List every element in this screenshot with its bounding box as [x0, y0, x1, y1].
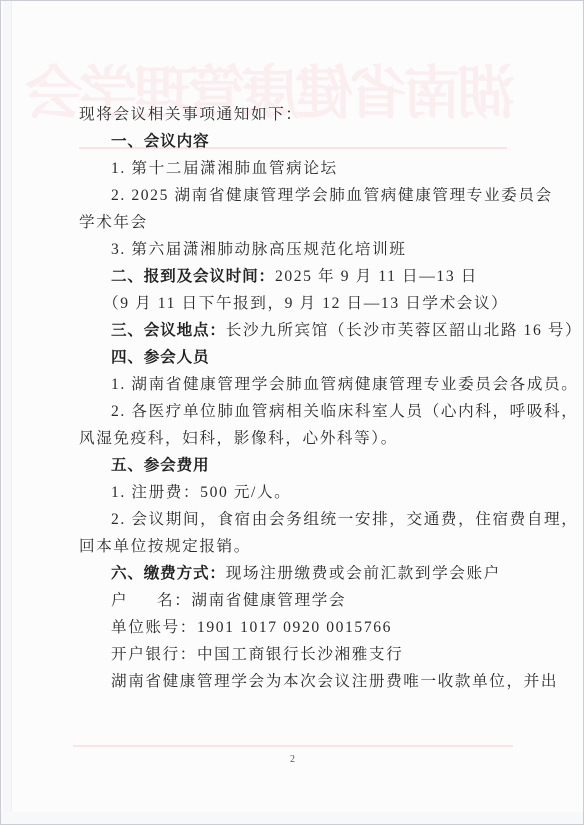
section-5-item-2: 2. 会议期间，食宿由会务组统一安排，交通费，住宿费自理，: [79, 506, 511, 533]
section-2-value: 2025 年 9 月 11 日—13 日: [275, 268, 478, 285]
scanned-page: 湖南省健康管理学会 现将会议相关事项通知如下： 一、会议内容 1. 第十二届潇湘…: [0, 0, 584, 825]
section-1-item-2-cont: 学术年会: [79, 209, 511, 236]
section-4-item-2: 2. 各医疗单位肺血管病相关临床科室人员（心内科，呼吸科，: [79, 398, 511, 425]
section-1-item-3: 3. 第六届潇湘肺动脉高压规范化培训班: [79, 236, 511, 263]
section-5-item-2-cont: 回本单位按规定报销。: [79, 533, 511, 560]
bank-label: 开户银行：: [111, 646, 197, 663]
bank-line: 开户银行：中国工商银行长沙湘雅支行: [79, 641, 511, 668]
payment-note-line: 湖南省健康管理学会为本次会议注册费唯一收款单位，并出: [79, 668, 511, 695]
section-3-line: 三、会议地点：长沙九所宾馆（长沙市芙蓉区韶山北路 16 号）: [79, 317, 511, 344]
section-2-line: 二、报到及会议时间：2025 年 9 月 11 日—13 日: [79, 263, 511, 290]
section-6-line: 六、缴费方式：现场注册缴费或会前汇款到学会账户: [79, 560, 511, 587]
account-number-line: 单位账号：1901 1017 0920 0015766: [79, 614, 511, 641]
section-6-value: 现场注册缴费或会前汇款到学会账户: [226, 565, 501, 582]
section-2-note: （9 月 11 日下午报到，9 月 12 日—13 日学术会议）: [79, 290, 511, 317]
account-number-label: 单位账号：: [111, 619, 197, 636]
scan-edge-left: [3, 1, 12, 824]
section-6-heading: 六、缴费方式：: [111, 564, 226, 582]
section-2-heading: 二、报到及会议时间：: [111, 267, 275, 285]
document-body: 现将会议相关事项通知如下： 一、会议内容 1. 第十二届潇湘肺血管病论坛 2. …: [79, 101, 511, 695]
page-number: 2: [290, 754, 295, 765]
account-name-value: 湖南省健康管理学会: [191, 592, 346, 609]
bank-value: 中国工商银行长沙湘雅支行: [197, 646, 403, 663]
letterhead-rule-bottom: [73, 745, 513, 747]
account-number-value: 1901 1017 0920 0015766: [197, 619, 392, 636]
section-4-item-1: 1. 湖南省健康管理学会肺血管病健康管理专业委员会各成员。: [79, 371, 511, 398]
section-5-item-1: 1. 注册费：500 元/人。: [79, 479, 511, 506]
section-1-item-2: 2. 2025 湖南省健康管理学会肺血管病健康管理专业委员会: [79, 182, 511, 209]
section-3-heading: 三、会议地点：: [111, 321, 226, 339]
section-4-item-2-cont: 风湿免疫科，妇科，影像科，心外科等）。: [79, 425, 511, 452]
section-3-value: 长沙九所宾馆（长沙市芙蓉区韶山北路 16 号）: [226, 322, 582, 339]
section-5-heading: 五、参会费用: [79, 452, 511, 479]
account-name-label-1: 户: [111, 587, 157, 614]
account-name-label-2: 名：: [157, 592, 191, 609]
section-1-heading: 一、会议内容: [79, 128, 511, 155]
account-name-line: 户名：湖南省健康管理学会: [79, 587, 511, 614]
scan-edge-bottom: [1, 812, 583, 824]
section-4-heading: 四、参会人员: [79, 344, 511, 371]
section-1-item-1: 1. 第十二届潇湘肺血管病论坛: [79, 155, 511, 182]
intro-line: 现将会议相关事项通知如下：: [79, 101, 511, 128]
